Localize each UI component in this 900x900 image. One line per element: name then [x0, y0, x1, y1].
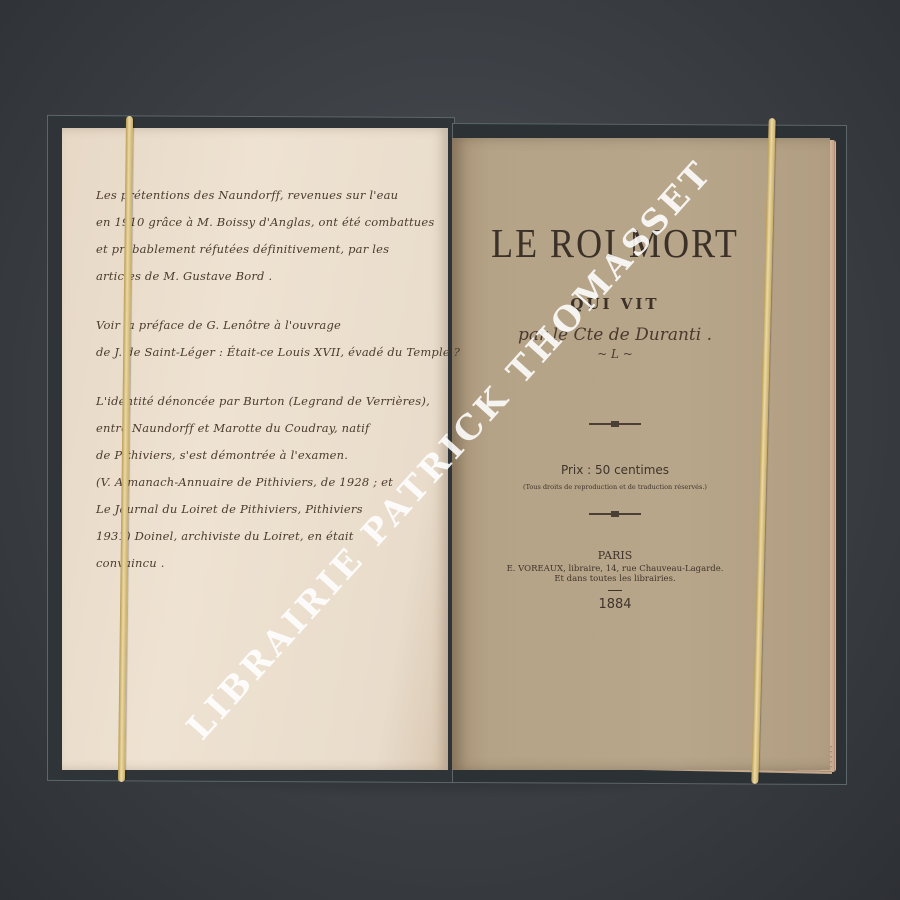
book-subtitle: QUI VIT	[470, 295, 760, 313]
note-line: L'identité dénoncée par Burton (Legrand …	[96, 388, 448, 415]
publisher-line: E. VOREAUX, libraire, 14, rue Chauveau-L…	[470, 564, 760, 574]
note-line: Les prétentions des Naundorff, revenues …	[96, 182, 448, 209]
note-line: en 1910 grâce à M. Boissy d'Anglas, ont …	[96, 209, 448, 236]
price-line: Prix : 50 centimes	[470, 463, 760, 477]
note-line: de J. de Saint-Léger : Était-ce Louis XV…	[96, 339, 448, 366]
note-line: Voir la préface de G. Lenôtre à l'ouvrag…	[96, 312, 448, 339]
publication-city: PARIS	[470, 549, 760, 562]
short-rule	[608, 590, 622, 591]
note-paragraph-1: Les prétentions des Naundorff, revenues …	[96, 182, 448, 290]
note-line: convaincu .	[96, 550, 448, 577]
publisher-note: Et dans toutes les librairies.	[470, 574, 760, 584]
note-line: et probablement réfutées définitivement,…	[96, 236, 448, 263]
note-line: articles de M. Gustave Bord .	[96, 263, 448, 290]
note-paragraph-2: Voir la préface de G. Lenôtre à l'ouvrag…	[96, 312, 448, 366]
note-line: de Pithiviers, s'est démontrée à l'exame…	[96, 442, 448, 469]
photo-scene: Les prétentions des Naundorff, revenues …	[0, 0, 900, 900]
ornament-divider-icon	[589, 513, 641, 515]
rights-notice: (Tous droits de reproduction et de tradu…	[470, 483, 760, 491]
publication-year: 1884	[470, 597, 760, 612]
handwritten-author: par le Cte de Duranti .	[470, 325, 760, 345]
note-line: entre Naundorff et Marotte du Coudray, n…	[96, 415, 448, 442]
ornament-divider-icon	[589, 423, 641, 425]
